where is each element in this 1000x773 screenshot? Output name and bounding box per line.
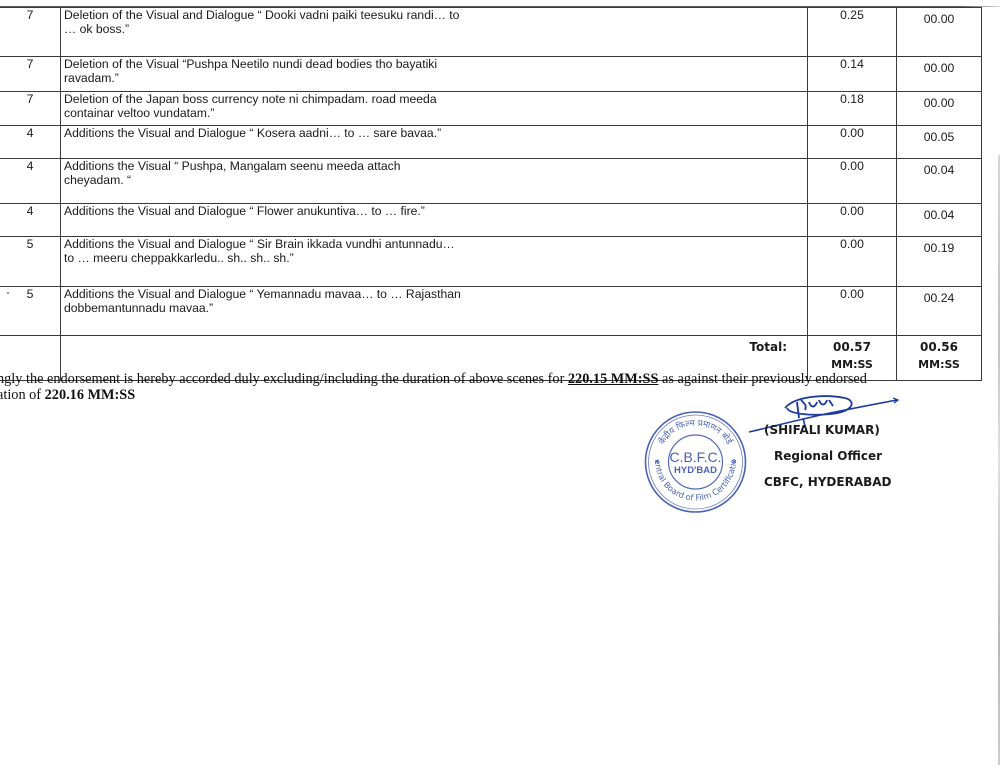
added-duration: 00.04 (897, 204, 982, 237)
table-row: 4 Additions the Visual and Dialogue “ Fl… (0, 204, 982, 237)
signatory-designation: Regional Officer (764, 448, 914, 474)
reel-number: 5 (0, 237, 61, 287)
certificate-page: 7 Deletion of the Visual and Dialogue “ … (0, 0, 1000, 773)
cbfc-stamp-icon: केंद्रीय फिल्म प्रमाणन बोर्ड Central Boa… (643, 410, 748, 514)
added-duration: 00.00 (897, 57, 982, 92)
table-row: 7 Deletion of the Visual “Pushpa Neetilo… (0, 57, 982, 92)
scan-edge-mark (998, 155, 1000, 765)
scene-description: Additions the Visual and Dialogue “ Kose… (61, 126, 808, 159)
svg-text:*: * (655, 459, 660, 469)
added-duration: 00.24 (897, 287, 982, 336)
old-duration: 220.16 MM:SS (45, 387, 136, 403)
scene-description: Additions the Visual and Dialogue “ Yema… (61, 287, 808, 336)
signatory-name: (SHIFALI KUMAR) (764, 422, 914, 448)
scan-speck (7, 292, 9, 294)
svg-text:केंद्रीय फिल्म प्रमाणन बोर्ड: केंद्रीय फिल्म प्रमाणन बोर्ड (656, 418, 735, 447)
deleted-duration: 0.25 (808, 8, 897, 57)
reel-number: 7 (0, 8, 61, 57)
cuts-table: 7 Deletion of the Visual and Dialogue “ … (0, 7, 982, 381)
added-duration: 00.00 (897, 92, 982, 126)
table-row: 4 Additions the Visual and Dialogue “ Ko… (0, 126, 982, 159)
added-duration: 00.05 (897, 126, 982, 159)
svg-text:C.B.F.C.: C.B.F.C. (669, 449, 721, 465)
added-duration: 00.00 (897, 8, 982, 57)
endorsement-line-1: ngly the endorsement is hereby accorded … (0, 371, 997, 387)
new-duration: 220.15 MM:SS (568, 371, 659, 387)
table-row: 4 Additions the Visual “ Pushpa, Mangala… (0, 159, 982, 204)
table-row: 5 Additions the Visual and Dialogue “ Si… (0, 237, 982, 287)
reel-number: 4 (0, 159, 61, 204)
deleted-duration: 0.00 (808, 159, 897, 204)
deleted-duration: 0.14 (808, 57, 897, 92)
table-row: 5 Additions the Visual and Dialogue “ Ye… (0, 287, 982, 336)
reel-number: 5 (0, 287, 61, 336)
deleted-duration: 0.00 (808, 237, 897, 287)
deleted-duration: 0.00 (808, 204, 897, 237)
svg-text:*: * (732, 459, 737, 469)
signatory-block: (SHIFALI KUMAR) Regional Officer CBFC, H… (764, 422, 914, 500)
table-row: 7 Deletion of the Japan boss currency no… (0, 92, 982, 126)
reel-number: 7 (0, 92, 61, 126)
added-duration: 00.04 (897, 159, 982, 204)
scene-description: Additions the Visual and Dialogue “ Sir … (61, 237, 808, 287)
deleted-duration: 0.18 (808, 92, 897, 126)
added-duration: 00.19 (897, 237, 982, 287)
scene-description: Deletion of the Visual and Dialogue “ Do… (61, 8, 808, 57)
signatory-office: CBFC, HYDERABAD (764, 474, 914, 500)
svg-text:HYD'BAD: HYD'BAD (674, 465, 717, 476)
scene-description: Additions the Visual and Dialogue “ Flow… (61, 204, 808, 237)
reel-number: 4 (0, 126, 61, 159)
deleted-duration: 0.00 (808, 287, 897, 336)
scene-description: Deletion of the Japan boss currency note… (61, 92, 808, 126)
reel-number: 4 (0, 204, 61, 237)
scene-description: Additions the Visual “ Pushpa, Mangalam … (61, 159, 808, 204)
table-row: 7 Deletion of the Visual and Dialogue “ … (0, 8, 982, 57)
reel-number: 7 (0, 57, 61, 92)
scene-description: Deletion of the Visual “Pushpa Neetilo n… (61, 57, 808, 92)
deleted-duration: 0.00 (808, 126, 897, 159)
